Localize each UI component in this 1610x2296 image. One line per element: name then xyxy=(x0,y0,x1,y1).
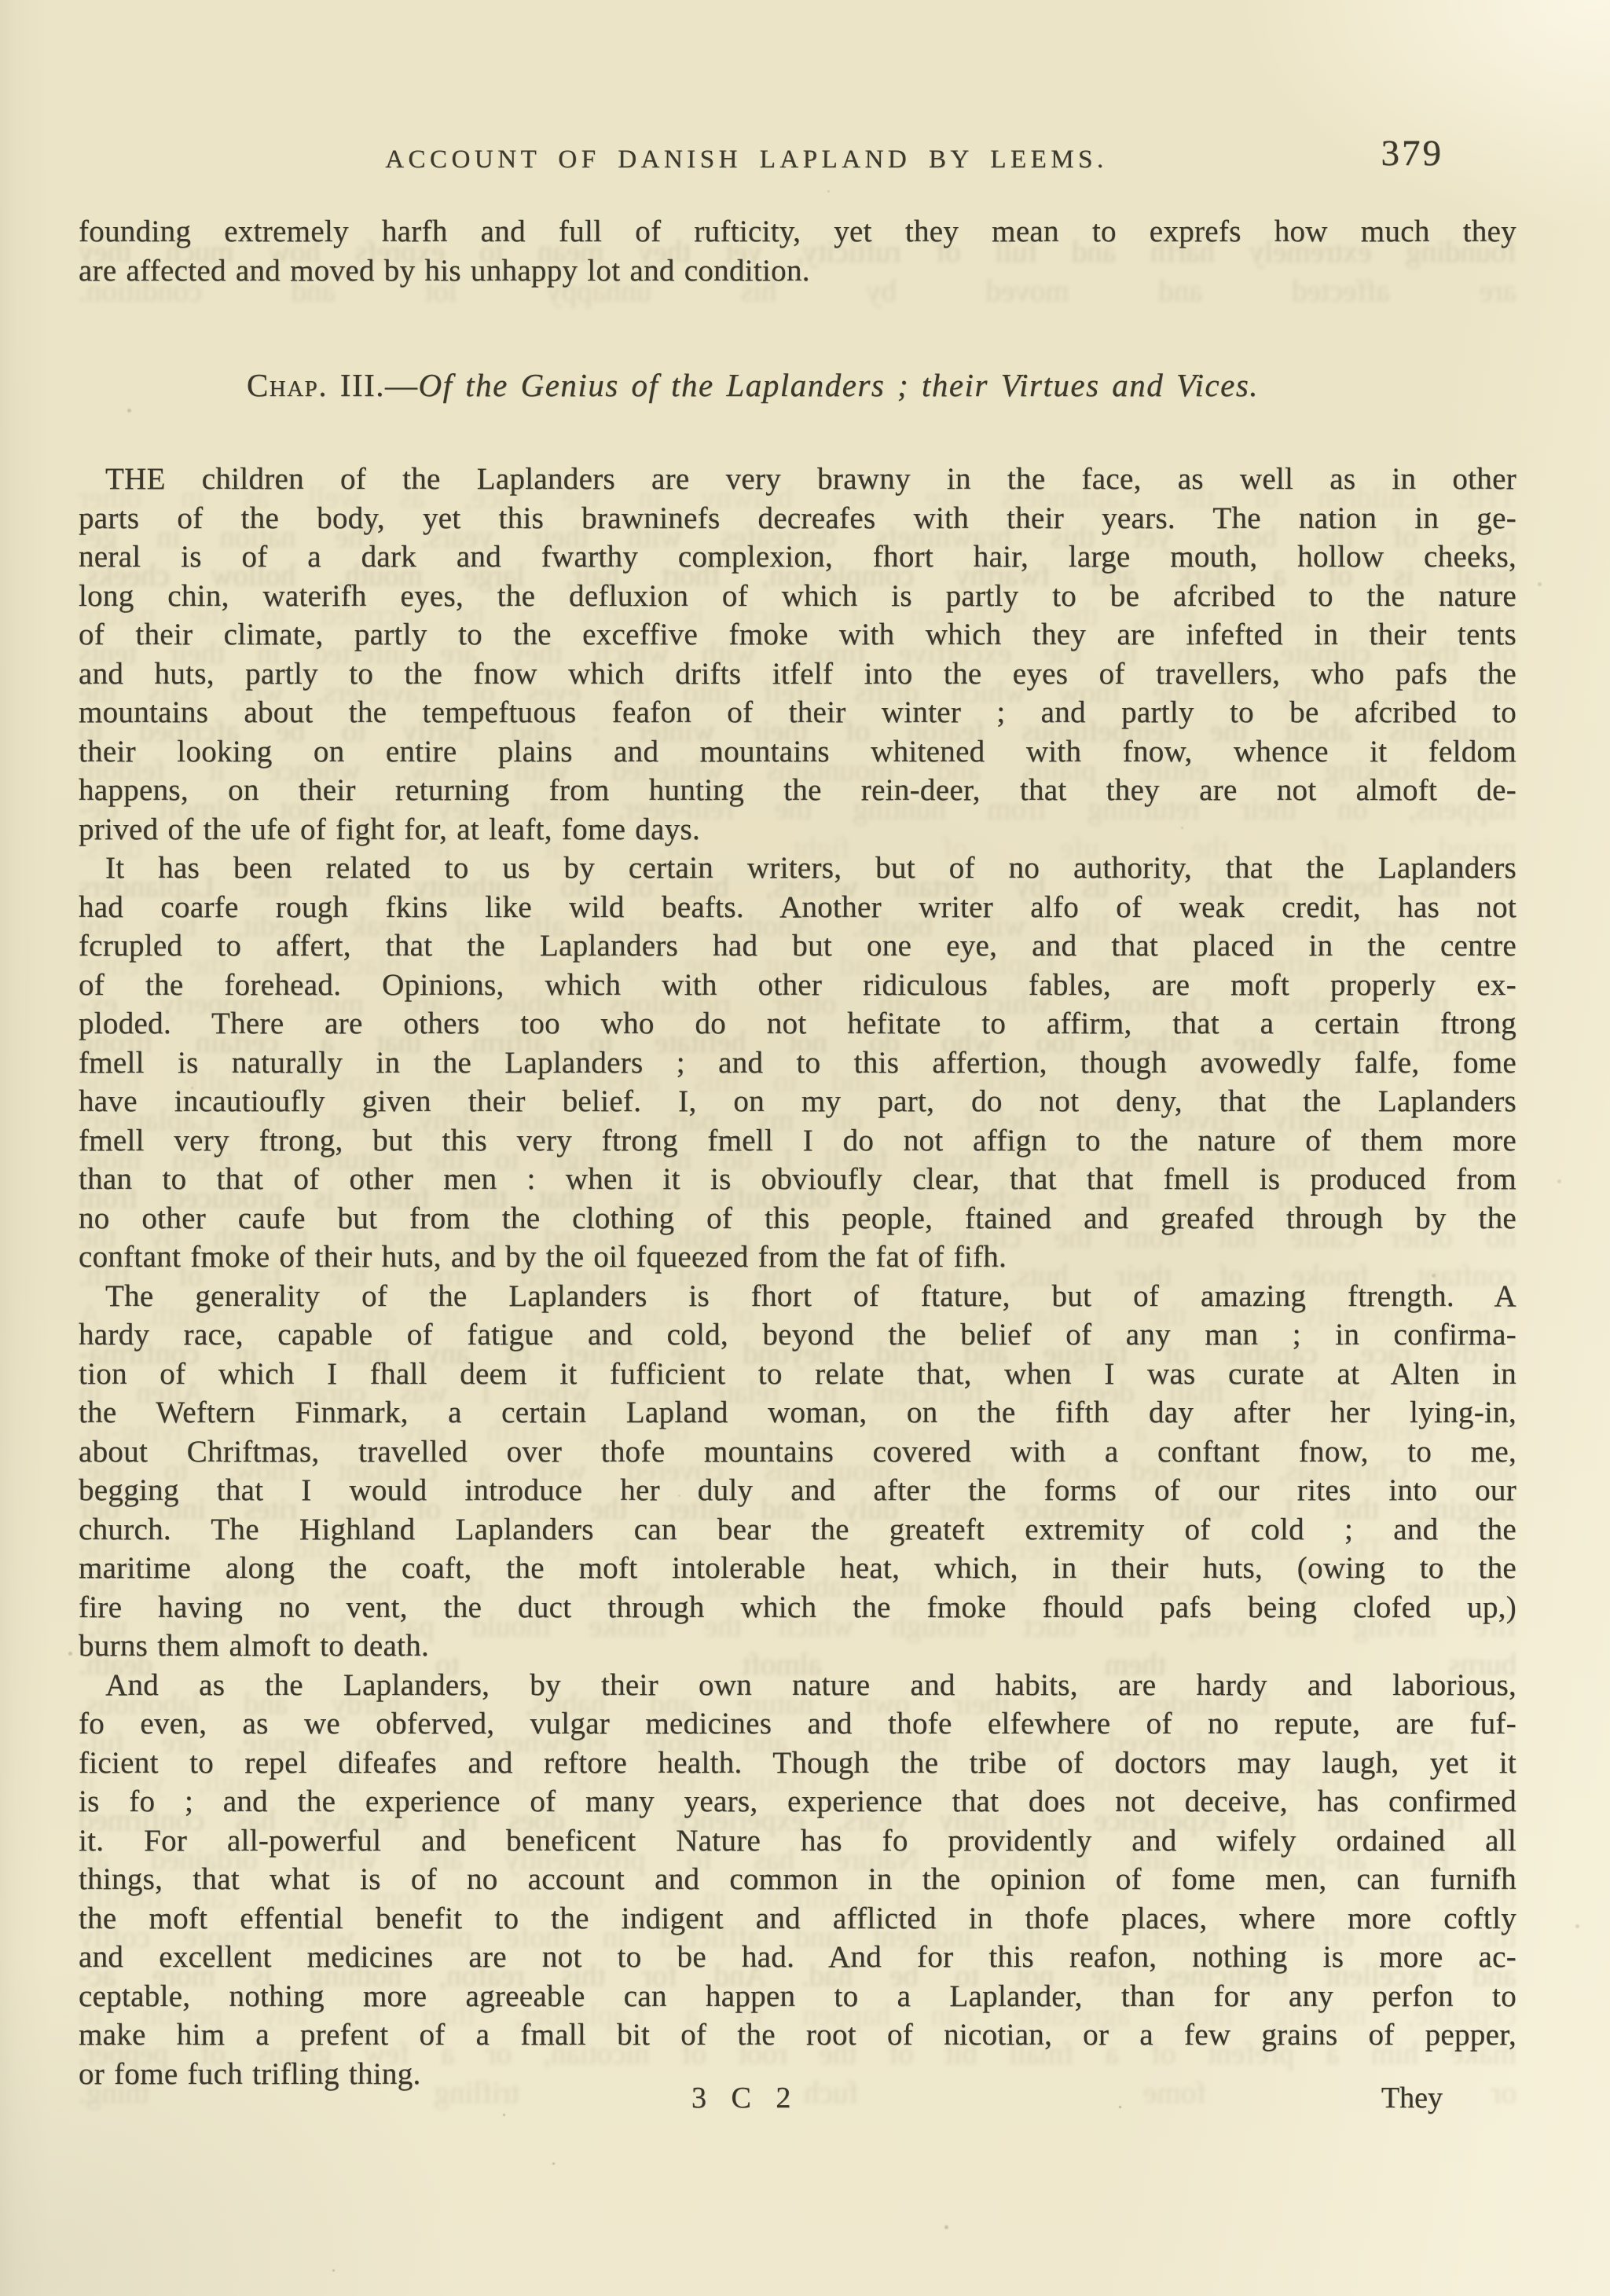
continuation-text: founding extremely harfh and full of ruf… xyxy=(79,212,1516,291)
text-line: the Weftern Finmark, a certain Lapland w… xyxy=(79,1393,1516,1432)
text-line: hardy race, capable of fatigue and cold,… xyxy=(79,1315,1516,1355)
chapter-heading: Chap. III.—Of the Genius of the Laplande… xyxy=(79,366,1427,404)
text-line: ploded. There are others too who do not … xyxy=(79,1004,1516,1043)
text-line: things, that what is of no account and c… xyxy=(79,1860,1516,1899)
text-line: fmell very ftrong, but this very ftrong … xyxy=(79,1121,1516,1161)
text-line: than to that of other men : when it is o… xyxy=(79,1160,1516,1199)
text-line: the moft effential benefit to the indige… xyxy=(79,1899,1516,1938)
text-line: prived of the ufe of fight for, at leaft… xyxy=(79,810,1516,849)
text-line: burns them almoft to death. xyxy=(79,1627,1516,1666)
text-line: make him a prefent of a fmall bit of the… xyxy=(79,2015,1516,2055)
text-line: and excellent medicines are not to be ha… xyxy=(79,1938,1516,1977)
text-line: it. For all-powerful and beneficent Natu… xyxy=(79,1821,1516,1861)
text-line: ficient to repel difeafes and reftore he… xyxy=(79,1744,1516,1783)
text-line: had coarfe rough fkins like wild beafts.… xyxy=(79,888,1516,927)
body-text: THE children of the Laplanders are very … xyxy=(79,460,1516,2093)
text-line: conftant fmoke of their huts, and by the… xyxy=(79,1238,1516,1277)
text-line: have incautioufly given their belief. I,… xyxy=(79,1082,1516,1121)
text-line: founding extremely harfh and full of ruf… xyxy=(79,212,1516,251)
text-line: fire having no vent, the duct through wh… xyxy=(79,1588,1516,1627)
text-line: fo even, as we obferved, vulgar medicine… xyxy=(79,1704,1516,1744)
text-line: THE children of the Laplanders are very … xyxy=(79,460,1516,499)
text-line: their looking on entire plains and mount… xyxy=(79,732,1516,772)
text-line: are affected and moved by his unhappy lo… xyxy=(79,251,1516,291)
text-line: fcrupled to affert, that the Laplanders … xyxy=(79,926,1516,966)
text-line: of the forehead. Opinions, which with ot… xyxy=(79,966,1516,1005)
text-line: neral is of a dark and fwarthy complexio… xyxy=(79,537,1516,577)
text-line: tion of which I fhall deem it fufficient… xyxy=(79,1355,1516,1394)
text-line: begging that I would introduce her duly … xyxy=(79,1471,1516,1510)
text-line: fmell is naturally in the Laplanders ; a… xyxy=(79,1043,1516,1083)
page-footer: 3 C 2 They xyxy=(79,2081,1516,2128)
text-line: no other caufe but from the clothing of … xyxy=(79,1199,1516,1238)
text-line: mountains about the tempeftuous feafon o… xyxy=(79,693,1516,732)
text-line: long chin, waterifh eyes, the defluxion … xyxy=(79,577,1516,616)
running-title: ACCOUNT OF DANISH LAPLAND BY LEEMS. xyxy=(79,145,1414,174)
chapter-label: Chap. III. xyxy=(247,367,385,403)
text-line: ceptable, nothing more agreeable can hap… xyxy=(79,1977,1516,2016)
text-line: The generality of the Laplanders is fhor… xyxy=(79,1277,1516,1316)
signature-mark: 3 C 2 xyxy=(691,2081,794,2115)
text-line: about Chriftmas, travelled over thofe mo… xyxy=(79,1432,1516,1472)
text-line: and huts, partly to the fnow which drift… xyxy=(79,655,1516,694)
text-line: parts of the body, yet this brawninefs d… xyxy=(79,499,1516,538)
text-line: is fo ; and the experience of many years… xyxy=(79,1782,1516,1821)
page-number: 379 xyxy=(1381,132,1444,174)
text-line: happens, on their returning from hunting… xyxy=(79,771,1516,810)
catchword: They xyxy=(1381,2081,1443,2115)
book-page-scan: founding extremely harfh and full of ruf… xyxy=(0,0,1610,2296)
text-line: And as the Laplanders, by their own natu… xyxy=(79,1666,1516,1705)
chapter-title: Of the Genius of the Laplanders ; their … xyxy=(419,367,1260,403)
text-line: church. The Highland Laplanders can bear… xyxy=(79,1510,1516,1550)
text-line: of their climate, partly to the exceffiv… xyxy=(79,615,1516,655)
chapter-dash: — xyxy=(385,367,419,403)
text-line: It has been related to us by certain wri… xyxy=(79,849,1516,888)
text-line: maritime along the coaft, the moft intol… xyxy=(79,1549,1516,1588)
